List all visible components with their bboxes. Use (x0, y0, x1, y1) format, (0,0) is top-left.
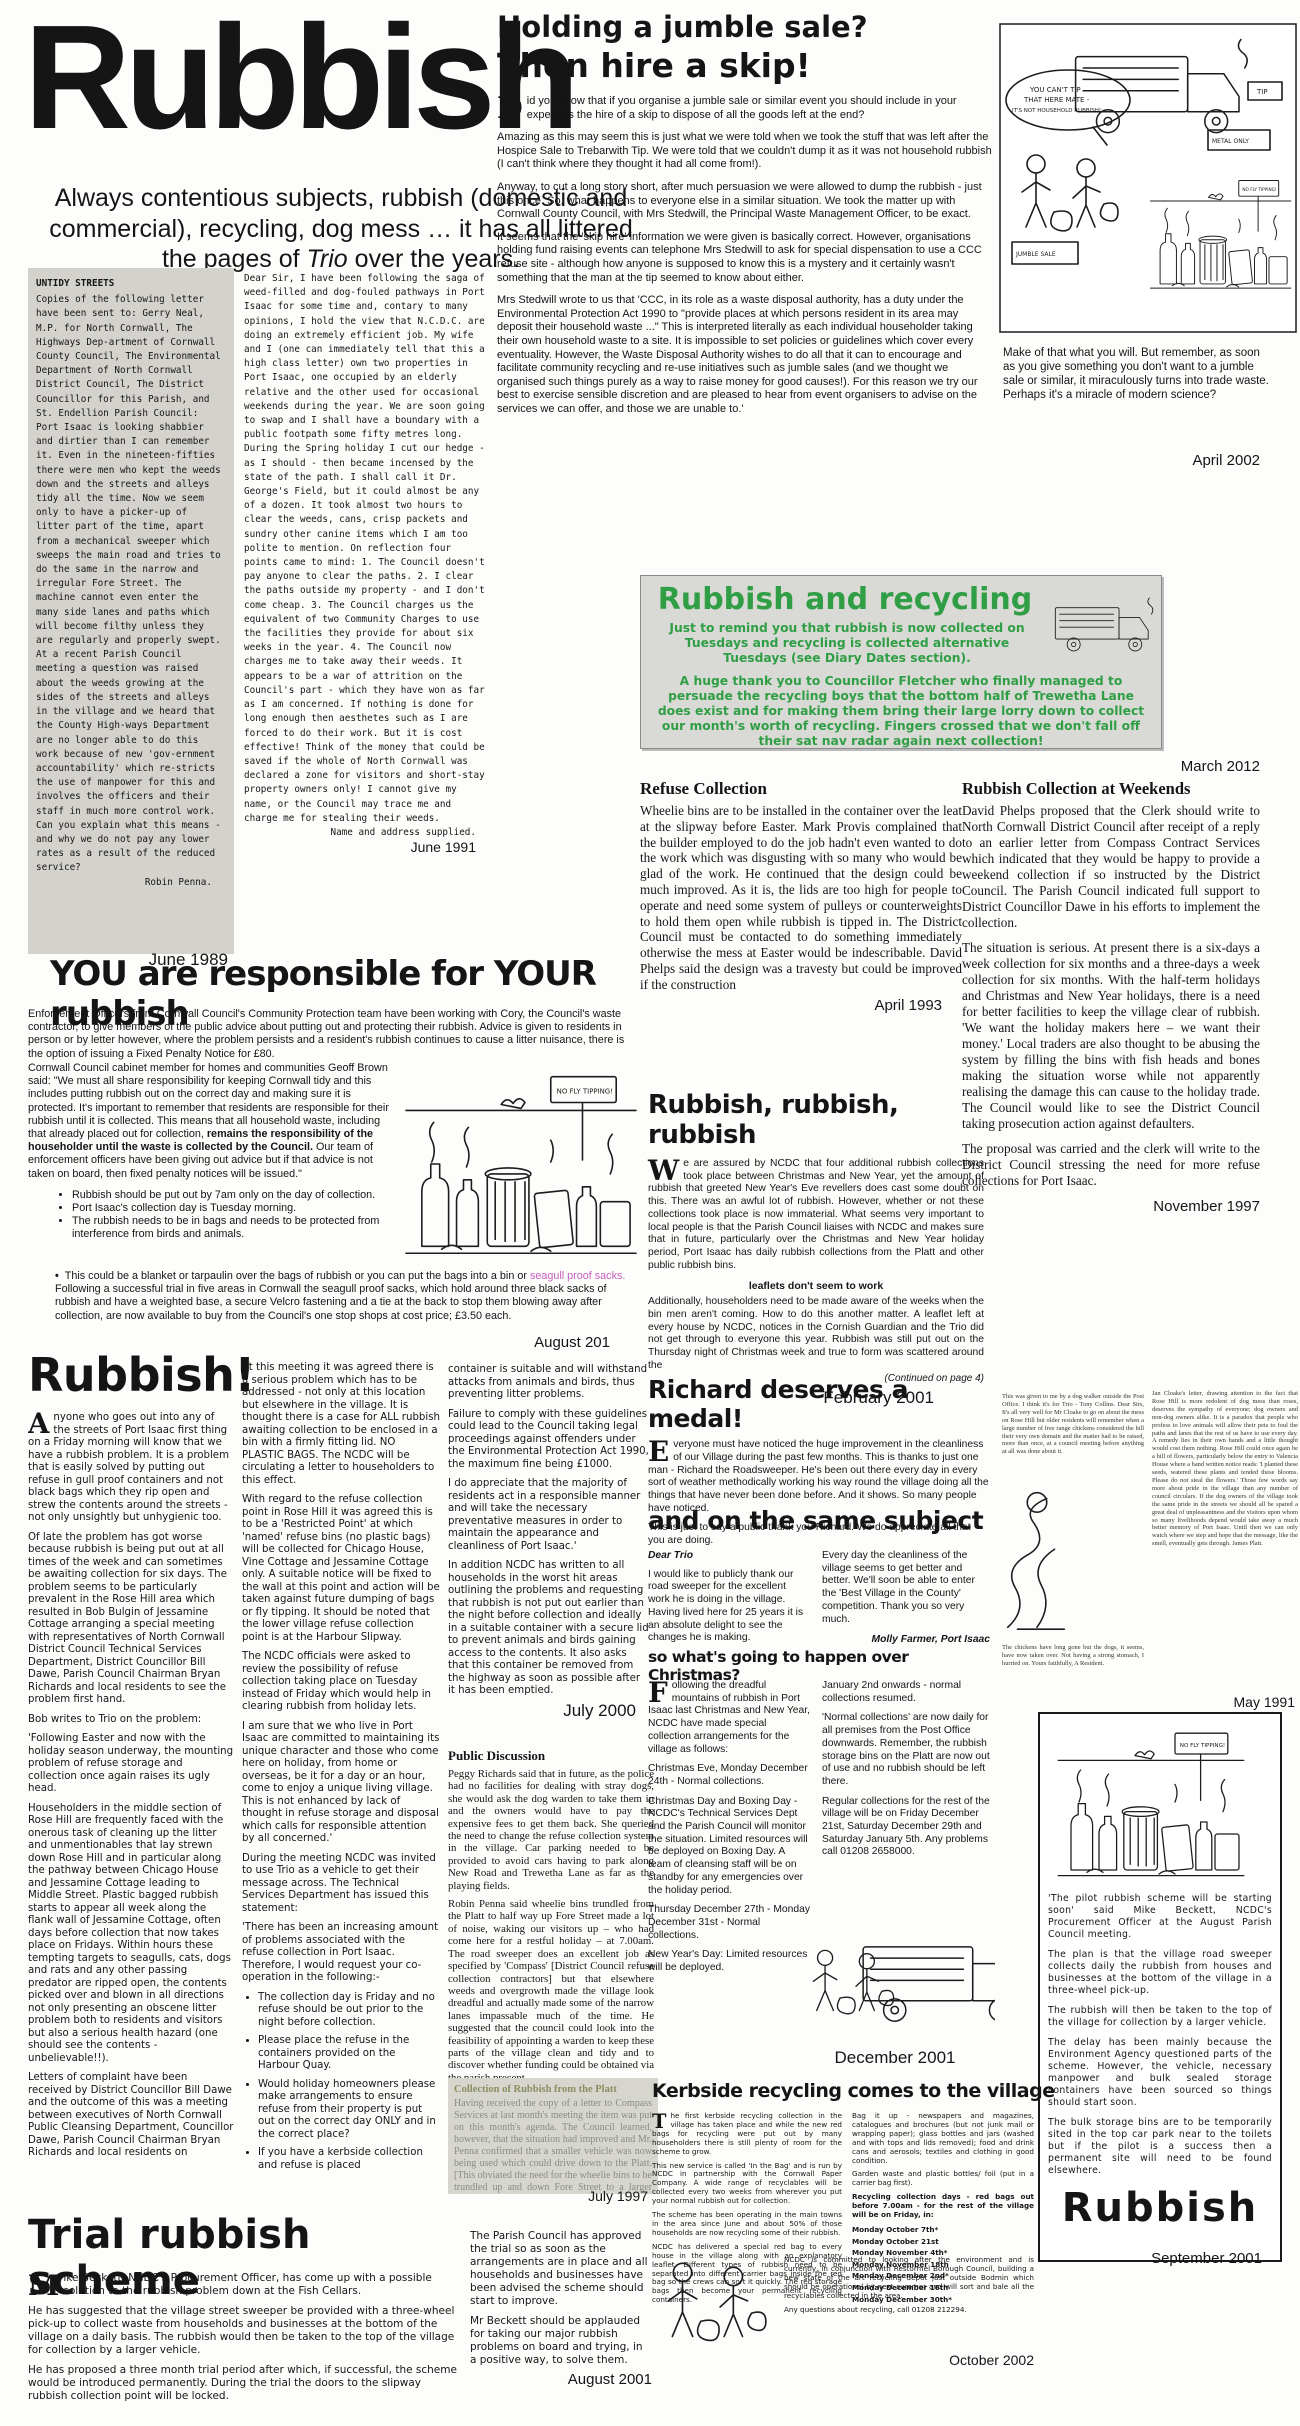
cartoon-label-tip: TIP (1256, 88, 1268, 96)
rb-paragraph: I do appreciate that the majority of res… (448, 1478, 650, 1553)
kerbside-paragraph: Bag it up - newspapers and magazines, ca… (852, 2112, 1034, 2165)
date-stamp: November 1997 (962, 1198, 1260, 1215)
date-stamp: April 1993 (640, 997, 962, 1014)
pilot-paragraph: The bulk storage bins are to be temporar… (1048, 2117, 1272, 2177)
article-weekend-collection: Rubbish Collection at Weekends David Phe… (962, 779, 1260, 1215)
letter-signature: Name and address supplied. (244, 826, 490, 840)
you-quote: Cornwall Council cabinet member for home… (28, 1062, 396, 1181)
you-bullet: Port Isaac's collection day is Tuesday m… (72, 1202, 396, 1215)
letter-body: Dear Sir, I have been following the saga… (244, 272, 490, 826)
christmas-paragraph: Thursday December 27th - Monday December… (648, 1904, 810, 1942)
rb-col3-paragraphs: container is suitable and will withstand… (448, 1364, 650, 1698)
rb-paragraph: I am sure that we who live in Port Isaac… (242, 1721, 440, 1846)
refuse-body: Wheelie bins are to be installed in the … (640, 803, 962, 993)
newsletter-page: NO FLY TIPPING! (0, 0, 1300, 2426)
pilot-rubbish-logo: Rubbish (1048, 2185, 1272, 2231)
date-stamp: August 201 (420, 1334, 610, 1351)
pilot-paragraph: 'The pilot rubbish scheme will be starti… (1048, 1893, 1272, 1941)
christmas-heading: so what's going to happen over Christmas… (648, 1648, 993, 1684)
weekends-paragraph: The situation is serious. At present the… (962, 940, 1260, 1132)
bullet4-pre: This could be a blanket or tarpaulin ove… (65, 1270, 530, 1282)
christmas-paragraph: 'Normal collections' are now daily for a… (822, 1712, 992, 1788)
untidy-heading: UNTIDY STREETS (36, 277, 226, 291)
rubbish-bang-heading: Rubbish! (28, 1348, 248, 1402)
jumble-paragraph: Did you know that if you organise a jumb… (497, 95, 995, 122)
collection-day: Monday October 21st (852, 2237, 1034, 2247)
rb-paragraph: With regard to the refuse collection poi… (242, 1494, 440, 1644)
green-box-title: Rubbish and recycling (641, 582, 1049, 617)
recycling-people-cartoon (652, 2250, 774, 2362)
christmas-paragraph: Regular collections for the rest of the … (822, 1796, 992, 1860)
bullet4-post: Following a successful trial in five are… (55, 1283, 607, 1321)
notice-rubbish-and-recycling: Rubbish and recycling Just to remind you… (640, 575, 1162, 749)
cartoon-label-jumble-sale: JUMBLE SALE (1015, 251, 1056, 258)
same-subject-left-body: I would like to publicly thank our road … (648, 1569, 810, 1645)
you-bullet-4: • This could be a blanket or tarpaulin o… (55, 1270, 641, 1323)
public-discussion-heading: Public Discussion (448, 1748, 654, 1764)
same-subject-right: Every day the cleanliness of the village… (822, 1550, 990, 1647)
rubbish3-p1: We are assured by NCDC that four additio… (648, 1158, 984, 1272)
jumble-heading-2: Then hire a skip! (497, 46, 995, 85)
rb-paragraph: At this meeting it was agreed there is a… (242, 1362, 440, 1487)
rb-paragraph: Of late the problem has got worse becaus… (28, 1532, 234, 1707)
kerbside-mid-paragraphs: Bag it up - newspapers and magazines, ca… (852, 2112, 1034, 2188)
kerbside-paragraph: The scheme has been operating in the mai… (652, 2211, 842, 2238)
jumble-paragraph: It seems that the 'skip hire' informatio… (497, 231, 995, 285)
pilot-paragraph: The rubbish will then be taken to the to… (1048, 2005, 1272, 2029)
article-rubbish-rubbish-rubbish: Rubbish, rubbish, rubbish We are assured… (648, 1090, 984, 1408)
jumble-paragraph: Mrs Stedwill wrote to us that 'CCC, in i… (497, 294, 995, 416)
kerbside-paragraph: This new service is called 'In the Bag' … (652, 2162, 842, 2207)
rubbish-bang-col2: At this meeting it was agreed there is a… (242, 1362, 440, 2202)
trial-p3: He has proposed a three month trial peri… (28, 2364, 458, 2403)
richard-heading: Richard deserves a medal! (648, 1375, 990, 1433)
rb-bullet: Would holiday homeowners please make arr… (258, 2079, 440, 2142)
cartoon-bubble-line2: THAT HERE MATE - (1023, 96, 1090, 104)
pilot-paragraph: The plan is that the village road sweepe… (1048, 1949, 1272, 1997)
richard-p1: Everyone must have noticed the huge impr… (648, 1439, 990, 1516)
same-subject-heading: and on the same subject (648, 1506, 990, 1535)
pilot-paragraph: The delay has been mainly because the En… (1048, 2037, 1272, 2109)
date-stamp: October 2002 (900, 2352, 1034, 2368)
weekends-heading: Rubbish Collection at Weekends (962, 779, 1260, 799)
date-stamp: September 2001 (1090, 2250, 1262, 2267)
tiny-letter-2: Jan Cloake's letter, drawing attention t… (1152, 1390, 1298, 1686)
rubbish-bang-col1: Anyone who goes out into any of the stre… (28, 1412, 234, 2202)
date-stamp: December 2001 (820, 2048, 970, 2068)
trial-right-p2: Mr Beckett should be applauded for takin… (470, 2315, 652, 2367)
date-stamp: March 2012 (1160, 758, 1260, 775)
rubbish3-subhead: leaflets don't seem to work (648, 1280, 984, 1292)
christmas-paragraph: Following the dreadful mountains of rubb… (648, 1680, 810, 1756)
jumble-sale-cartoon: YOU CAN'T TIP THAT HERE MATE - IT'S NOT … (998, 22, 1298, 334)
you-bullet: Rubbish should be put out by 7am only on… (72, 1189, 396, 1202)
platt-body: Having received the copy of a letter to … (454, 2098, 652, 2194)
date-stamp: April 2002 (1100, 452, 1260, 469)
subtitle-tail: over the years. (348, 245, 520, 273)
article-untidy-streets: UNTIDY STREETS Copies of the following l… (28, 268, 234, 954)
jumble-heading-1: Holding a jumble sale? (497, 10, 995, 44)
article-dear-sir-letter: Dear Sir, I have been following the saga… (244, 272, 490, 972)
christmas-paragraph: Christmas Eve, Monday December 24th - No… (648, 1763, 810, 1788)
weekends-body: David Phelps proposed that the Clerk sho… (962, 803, 1260, 1189)
kerbside-days-intro: Recycling collection days - red bags out… (852, 2193, 1034, 2220)
collection-day: Monday October 7th* (852, 2225, 1034, 2235)
rubbish-bins-cartoon (402, 1060, 640, 1264)
green-box-p1: Just to remind you that rubbish is now c… (651, 621, 1043, 666)
rb-paragraph: During the meeting NCDC was invited to u… (242, 1853, 440, 1916)
bullet4-seagull-sacks: seagull proof sacks. (530, 1270, 625, 1282)
rb-bullet: The collection day is Friday and no refu… (258, 1992, 440, 2030)
rb-paragraph: In addition NCDC has written to all hous… (448, 1560, 650, 1698)
public-p1: Peggy Richards said that in future, as t… (448, 1768, 654, 1892)
rubbish3-p2: Additionally, householders need to be ma… (648, 1296, 984, 1372)
public-p2: Robin Penna said wheelie bins trundled f… (448, 1898, 654, 2084)
rb-paragraph: Bob writes to Trio on the problem: (28, 1714, 234, 1727)
same-subject-left: Dear Trio I would like to publicly thank… (648, 1550, 810, 1645)
sketch-doodle (998, 1478, 1076, 1640)
article-jumble-sale: Holding a jumble sale? Then hire a skip!… (497, 10, 995, 425)
weekends-paragraph: David Phelps proposed that the Clerk sho… (962, 803, 1260, 931)
rb-col2-paragraphs: At this meeting it was agreed there is a… (242, 1362, 440, 1985)
rb-paragraph: Householders in the middle section of Ro… (28, 1803, 234, 2066)
christmas-paragraph: Christmas Day and Boxing Day - NCDC's Te… (648, 1796, 810, 1898)
article-public-discussion: Public Discussion Peggy Richards said th… (448, 1748, 654, 2110)
christmas-paragraph: New Year's Day: Limited resources will b… (648, 1949, 810, 1974)
jumble-paragraph: Amazing as this may seem this is just wh… (497, 131, 995, 172)
rb-paragraph: Letters of complaint have been received … (28, 2072, 234, 2160)
jumble-body: Did you know that if you organise a jumb… (497, 95, 995, 416)
untidy-signature: Robin Penna. (36, 876, 226, 890)
pilot-body: 'The pilot rubbish scheme will be starti… (1048, 1893, 1272, 2177)
article-refuse-collection: Refuse Collection Wheelie bins are to be… (640, 779, 962, 1014)
rubbish3-heading: Rubbish, rubbish, rubbish (648, 1090, 984, 1150)
green-box-p2: A huge thank you to Councillor Fletcher … (651, 674, 1151, 749)
subtitle-trio: Trio (307, 245, 348, 273)
date-stamp: July 1997 (448, 2188, 648, 2204)
clipping-platt-collection: Collection of Rubbish from the Platt Hav… (448, 2078, 658, 2194)
you-bullet: The rubbish needs to be in bags and need… (72, 1215, 396, 1241)
rb-col2-bullets: The collection day is Friday and no refu… (258, 1992, 440, 2173)
trial-right-column: The Parish Council has approved the tria… (470, 2230, 652, 2387)
recycling-lorry-cartoon (1051, 586, 1159, 664)
rb-paragraph: container is suitable and will withstand… (448, 1364, 650, 1402)
article-pilot-scheme-box: 'The pilot rubbish scheme will be starti… (1038, 1712, 1282, 2262)
platt-heading: Collection of Rubbish from the Platt (454, 2084, 652, 2095)
salutation: Dear Trio (648, 1550, 810, 1563)
rb-paragraph: The NCDC officials were asked to review … (242, 1651, 440, 1714)
date-stamp: July 2000 (448, 1705, 650, 1718)
untidy-body: Copies of the following letter have been… (36, 293, 226, 875)
jumble-paragraph: Anyway, to cut a long story short, after… (497, 181, 995, 222)
trial-p1: Mike Beckett, NCDC's Procurement Officer… (28, 2272, 458, 2298)
refuse-heading: Refuse Collection (640, 779, 962, 799)
you-intro: Enforcement Officers from Cornwall Counc… (28, 1008, 642, 1061)
kerbside-phone-note: Any questions about recycling, call 0120… (784, 2306, 1034, 2315)
rb-paragraph: 'Following Easter and now with the holid… (28, 1733, 234, 1796)
kerbside-heading: Kerbside recycling comes to the village (652, 2080, 1038, 2102)
christmas-paragraph: January 2nd onwards - normal collections… (822, 1680, 992, 1705)
you-quote-and-bullets: Cornwall Council cabinet member for home… (28, 1062, 396, 1242)
rb-paragraph: Failure to comply with these guidelines … (448, 1409, 650, 1472)
cartoon-bubble-line3: IT'S NOT HOUSEHOLD RUBBISH! (1012, 108, 1101, 114)
kerbside-paragraph: The first kerbside recycling collection … (652, 2112, 842, 2157)
christmas-right-column: January 2nd onwards - normal collections… (822, 1680, 992, 1866)
bin-lorry-cartoon (800, 1898, 995, 2046)
date-stamp: June 1991 (244, 840, 490, 854)
date-stamp: May 1991 (1180, 1694, 1295, 1710)
date-stamp: August 2001 (470, 2374, 652, 2387)
weekends-paragraph: The proposal was carried and the clerk w… (962, 1141, 1260, 1189)
rb-paragraph: 'There has been an increasing amount of … (242, 1922, 440, 1985)
rb-bullet: If you have a kerbside collection and re… (258, 2147, 440, 2172)
letter-signature: Molly Farmer, Port Isaac (822, 1634, 990, 1647)
tiny-letter-1a: This was given to me by a dog walker out… (1002, 1393, 1144, 1475)
kerbside-note-column: NCDC is committed to looking after the e… (784, 2256, 1034, 2319)
christmas-left-column: Following the dreadful mountains of rubb… (648, 1680, 810, 1982)
cartoon-label-metal-only: METAL ONLY (1212, 138, 1249, 145)
trial-right-p1: The Parish Council has approved the tria… (470, 2230, 652, 2308)
rubbish-bang-col3: container is suitable and will withstand… (448, 1364, 650, 1717)
kerbside-paragraph: Garden waste and plastic bottles/ foil (… (852, 2170, 1034, 2188)
page-title: Rubbish (24, 0, 504, 155)
kerbside-right-note: NCDC is committed to looking after the e… (784, 2256, 1034, 2301)
tiny-letter-1b: The chickens have long gone but the dogs… (1002, 1644, 1144, 1684)
rb-paragraph: Anyone who goes out into any of the stre… (28, 1412, 234, 1525)
trial-p2: He has suggested that the village street… (28, 2305, 458, 2357)
rubbish-bins-cartoon (1048, 1722, 1254, 1882)
cartoon-bubble-line1: YOU CAN'T TIP (1029, 86, 1081, 94)
jumble-caption: Make of that what you will. But remember… (1003, 346, 1271, 402)
you-bullet-list: Rubbish should be put out by 7am only on… (72, 1189, 396, 1242)
rb-bullet: Please place the refuse in the container… (258, 2035, 440, 2073)
same-subject-right-body: Every day the cleanliness of the village… (822, 1550, 990, 1626)
trial-body: Mike Beckett, NCDC's Procurement Officer… (28, 2272, 458, 2410)
